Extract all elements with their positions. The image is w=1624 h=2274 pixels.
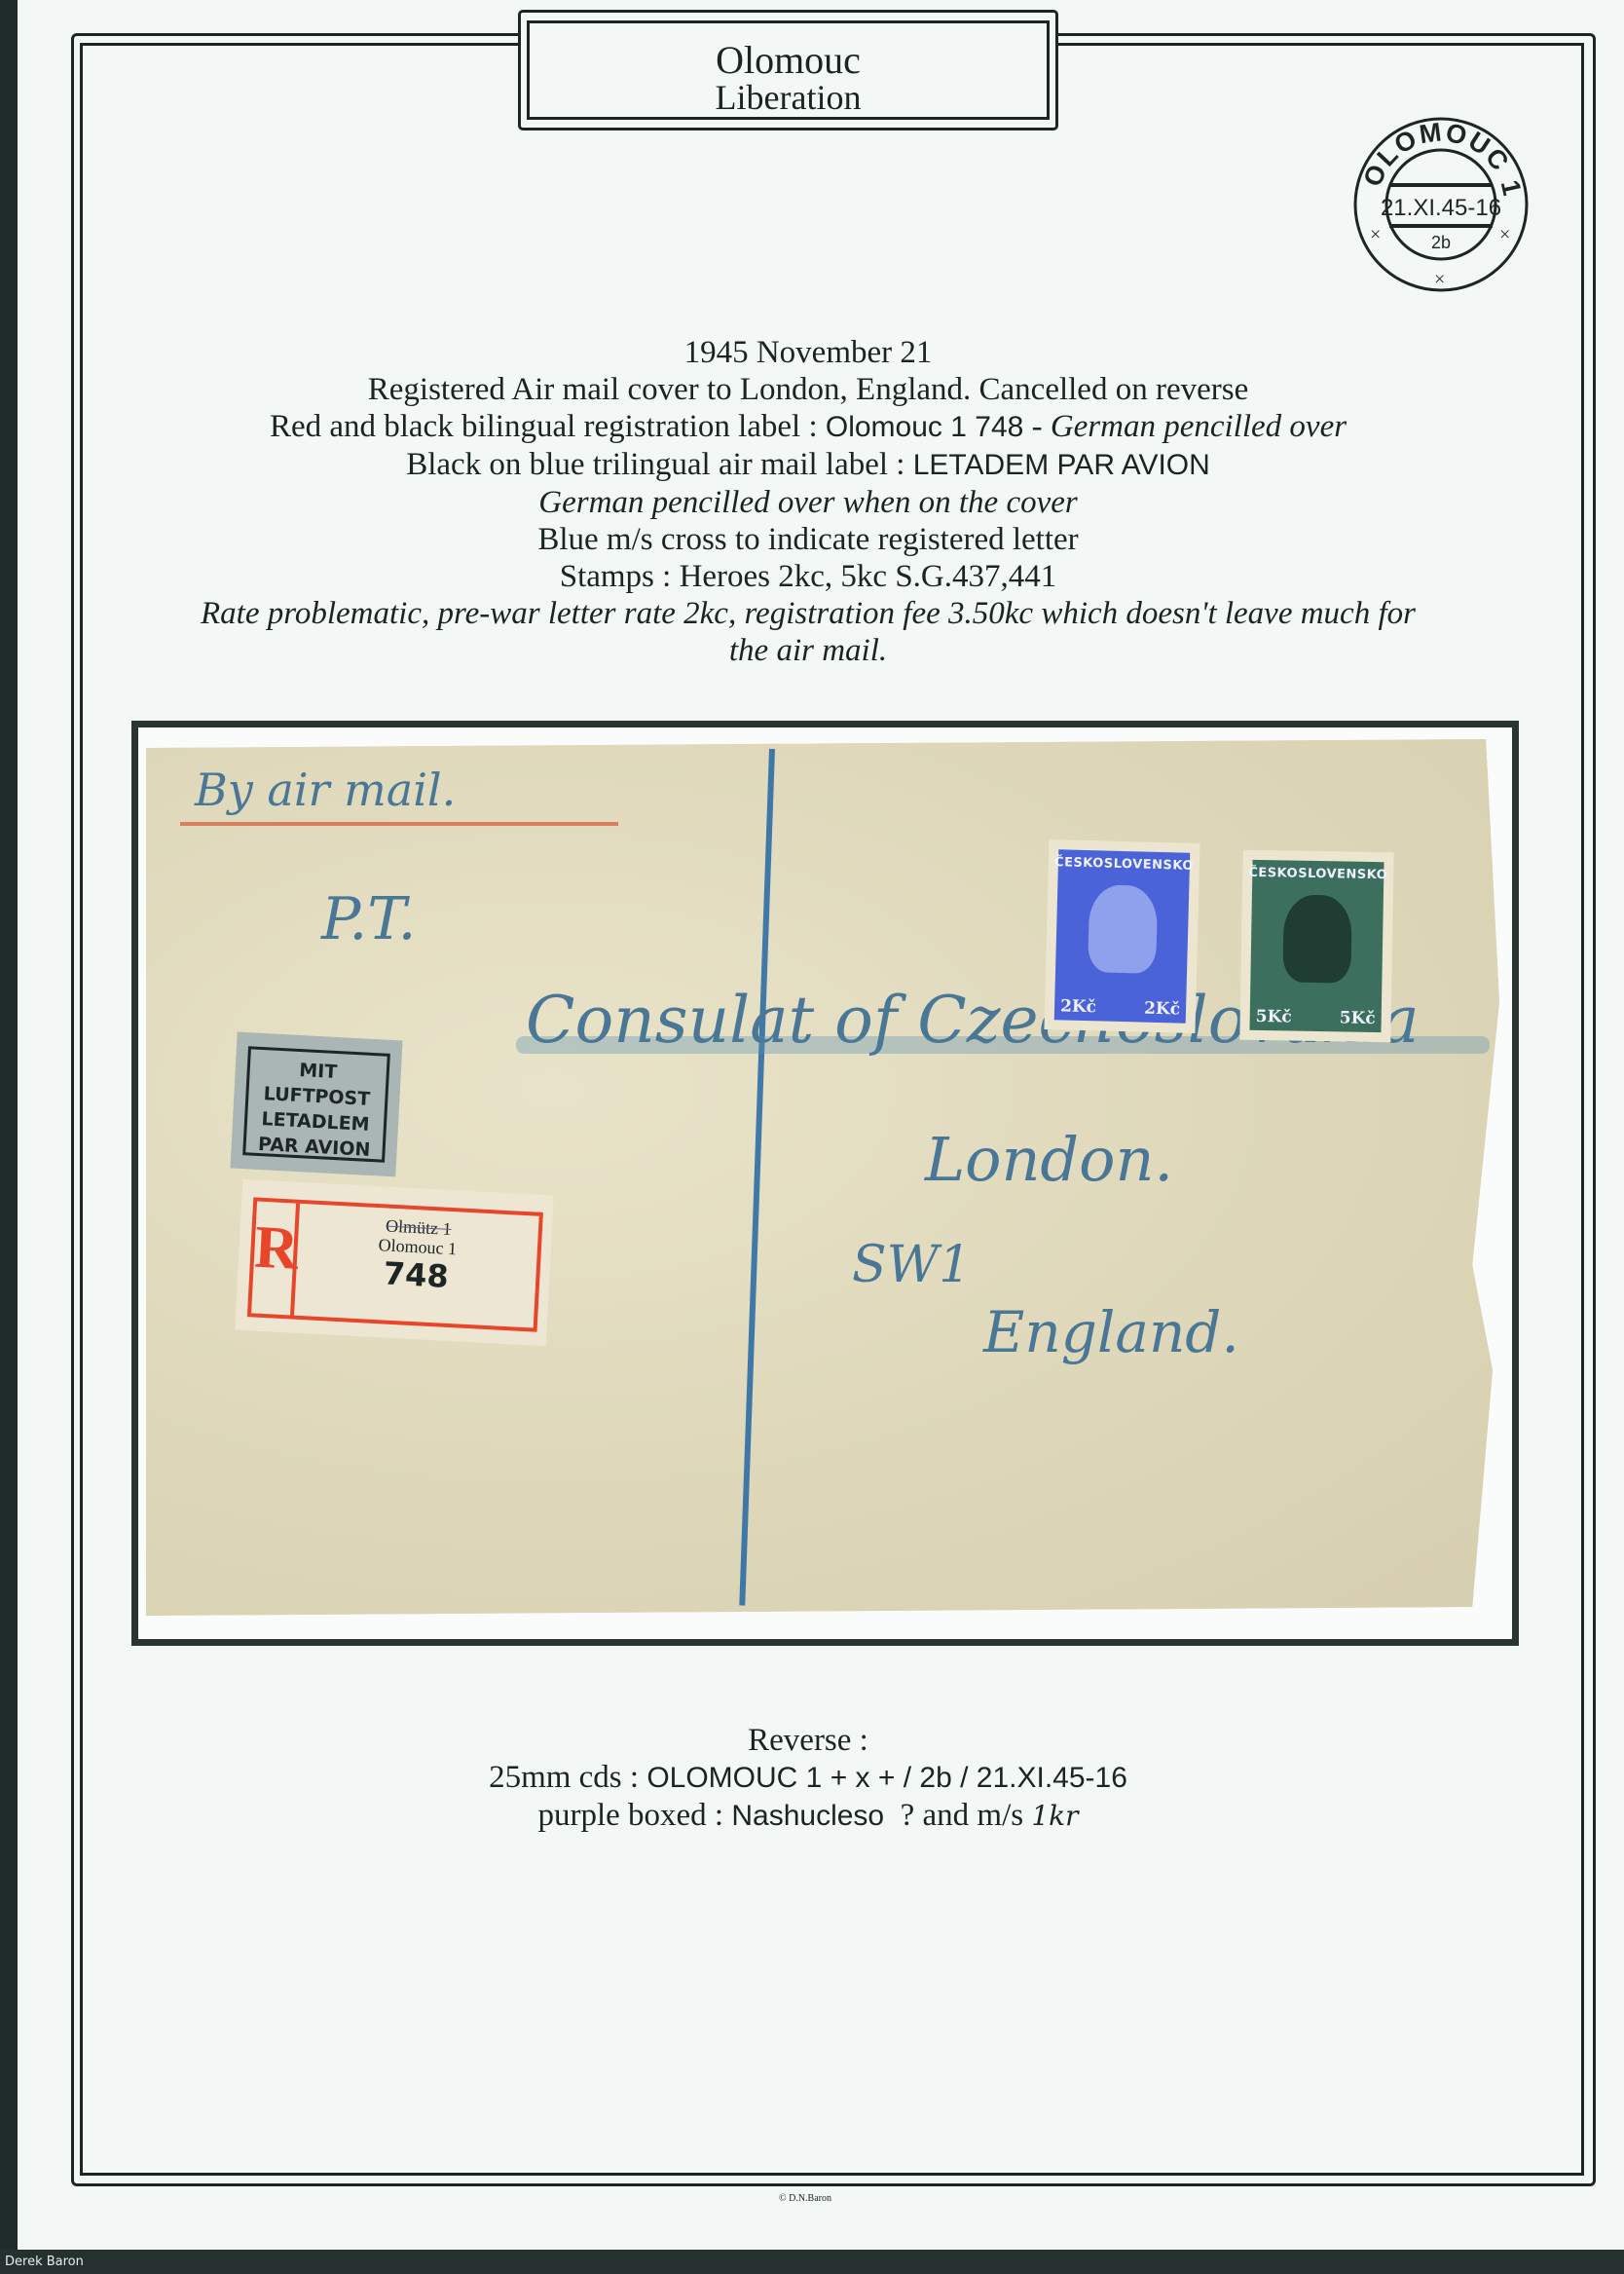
stamp-5kc-design: ČESKOSLOVENSKO 5Kč 5Kč (1249, 860, 1384, 1032)
svg-text:×: × (1370, 224, 1381, 245)
reverse-heading: Reverse : (127, 1722, 1490, 1759)
handwriting-by-air-mail: By air mail. (195, 764, 456, 816)
desc-line-3: Black on blue trilingual air mail label … (127, 446, 1490, 484)
reverse-line-1: 25mm cds : OLOMOUC 1 + x + / 2b / 21.XI.… (127, 1759, 1490, 1797)
desc-line-4: German pencilled over when on the cover (127, 484, 1490, 521)
scan-edge-bottom (0, 2250, 1624, 2274)
stamp-5kc: ČESKOSLOVENSKO 5Kč 5Kč (1239, 850, 1393, 1043)
stamp-2kc-design: ČESKOSLOVENSKO 2Kč 2Kč (1054, 849, 1191, 1023)
handwriting-pt: P.T. (321, 885, 417, 953)
registration-letter: R (251, 1202, 300, 1316)
postmark-icon: OLOMOUC 1 21.XI.45-16 2b × × × (1348, 112, 1533, 297)
reverse-line-2: purple boxed : Nashucleso ? and m/s 1kr (127, 1797, 1490, 1835)
handwriting-district: SW1 (852, 1236, 971, 1294)
page-title: Olomouc (530, 41, 1047, 80)
scan-edge-left (0, 0, 18, 2274)
handwriting-country: England. (983, 1299, 1239, 1365)
desc-line-1: Registered Air mail cover to London, Eng… (127, 371, 1490, 408)
svg-text:×: × (1499, 224, 1510, 245)
handwriting-city: London. (925, 1124, 1173, 1195)
watermark: Derek Baron (5, 2255, 84, 2269)
page-subtitle: Liberation (530, 80, 1047, 115)
copyright: © D.N.Baron (779, 2193, 831, 2204)
airmail-label: MIT LUFTPOST LETADLEM PAR AVION (230, 1032, 402, 1177)
registration-label: R Olmütz 1 Olomouc 1 748 (235, 1179, 554, 1347)
envelope-image: By air mail. P.T. Consulat of Czechoslov… (146, 739, 1499, 1616)
date-line: 1945 November 21 (127, 334, 1490, 371)
title-box: Olomouc Liberation (518, 10, 1058, 130)
reverse-notes: Reverse : 25mm cds : OLOMOUC 1 + x + / 2… (127, 1722, 1490, 1835)
svg-text:OLOMOUC 1: OLOMOUC 1 (1357, 117, 1527, 200)
red-underline (180, 822, 618, 826)
svg-text:21.XI.45-16: 21.XI.45-16 (1381, 195, 1501, 221)
blue-cross-vertical (739, 749, 775, 1606)
svg-text:×: × (1434, 269, 1445, 290)
cover-mount: By air mail. P.T. Consulat of Czechoslov… (131, 721, 1519, 1646)
desc-line-6: Stamps : Heroes 2kc, 5kc S.G.437,441 (127, 558, 1490, 595)
stamp-2kc: ČESKOSLOVENSKO 2Kč 2Kč (1044, 839, 1200, 1033)
cover-description: 1945 November 21 Registered Air mail cov… (127, 334, 1490, 669)
desc-line-2: Red and black bilingual registration lab… (127, 408, 1490, 446)
desc-line-5: Blue m/s cross to indicate registered le… (127, 521, 1490, 558)
desc-line-7: Rate problematic, pre-war letter rate 2k… (127, 595, 1490, 669)
svg-text:2b: 2b (1431, 233, 1451, 252)
